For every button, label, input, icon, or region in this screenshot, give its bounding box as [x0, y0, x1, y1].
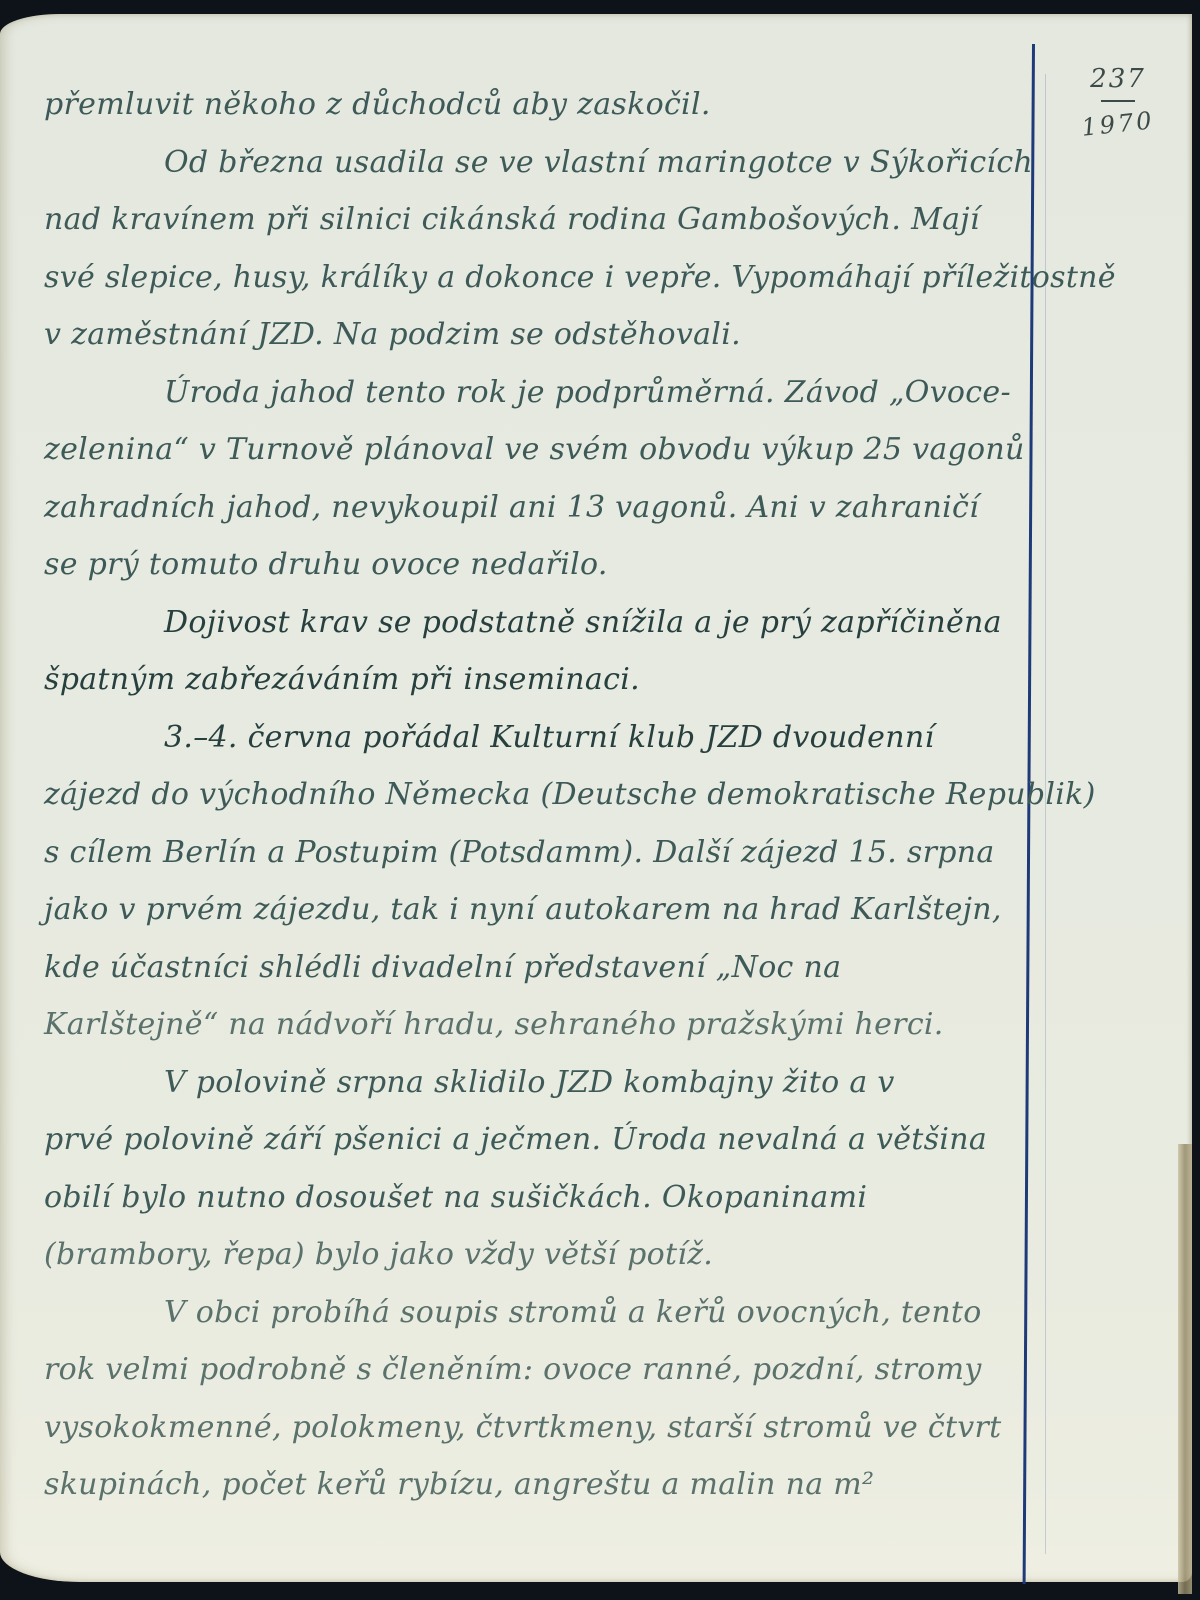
binding-edge — [1178, 1144, 1192, 1594]
handwritten-text: přemluvit někoho z důchodců aby zaskočil… — [44, 76, 1029, 1514]
text-line: Úroda jahod tento rok je podprůměrná. Zá… — [44, 364, 1029, 422]
text-line: zelenina“ v Turnově plánoval ve svém obv… — [44, 421, 1029, 479]
text-line: 3.–4. června pořádal Kulturní klub JZD d… — [44, 709, 1029, 767]
text-line: (brambory, řepa) bylo jako vždy větší po… — [44, 1226, 1029, 1284]
text-line: Od března usadila se ve vlastní maringot… — [44, 134, 1029, 192]
text-line: kde účastníci shlédli divadelní představ… — [44, 939, 1029, 997]
text-line: nad kravínem při silnici cikánská rodina… — [44, 191, 1029, 249]
text-line: obilí bylo nutno dosoušet na sušičkách. … — [44, 1169, 1029, 1227]
text-line: zájezd do východního Německa (Deutsche d… — [44, 766, 1029, 824]
text-line: skupinách, počet keřů rybízu, angreštu a… — [44, 1456, 1029, 1514]
text-line: zahradních jahod, nevykoupil ani 13 vago… — [44, 479, 1029, 537]
folio-annotation: 237 1970 — [1078, 64, 1158, 138]
text-line: s cílem Berlín a Postupim (Potsdamm). Da… — [44, 824, 1029, 882]
text-line: se prý tomuto druhu ovoce nedařilo. — [44, 536, 1029, 594]
text-line: prvé polovině září pšenici a ječmen. Úro… — [44, 1111, 1029, 1169]
text-line: rok velmi podrobně s členěním: ovoce ran… — [44, 1341, 1029, 1399]
text-line: v zaměstnání JZD. Na podzim se odstěhova… — [44, 306, 1029, 364]
text-line: Karlštejně“ na nádvoří hradu, sehraného … — [44, 996, 1029, 1054]
page-number: 237 — [1078, 64, 1158, 94]
text-line: V polovině srpna sklidilo JZD kombajny ž… — [44, 1054, 1029, 1112]
text-line: své slepice, husy, králíky a dokonce i v… — [44, 249, 1029, 307]
scanned-page: 237 1970 přemluvit někoho z důchodců aby… — [0, 0, 1200, 1600]
folio-divider — [1101, 100, 1135, 102]
text-line: jako v prvém zájezdu, tak i nyní autokar… — [44, 881, 1029, 939]
text-line: špatným zabřezáváním při inseminaci. — [44, 651, 1029, 709]
text-line: přemluvit někoho z důchodců aby zaskočil… — [44, 76, 1029, 134]
faint-margin-rule — [1045, 74, 1046, 1554]
text-line: V obci probíhá soupis stromů a keřů ovoc… — [44, 1284, 1029, 1342]
chronicle-page: 237 1970 přemluvit někoho z důchodců aby… — [0, 14, 1192, 1582]
text-line: Dojivost krav se podstatně snížila a je … — [44, 594, 1029, 652]
page-year: 1970 — [1077, 106, 1159, 142]
text-line: vysokokmenné, polokmeny, čtvrtkmeny, sta… — [44, 1399, 1029, 1457]
